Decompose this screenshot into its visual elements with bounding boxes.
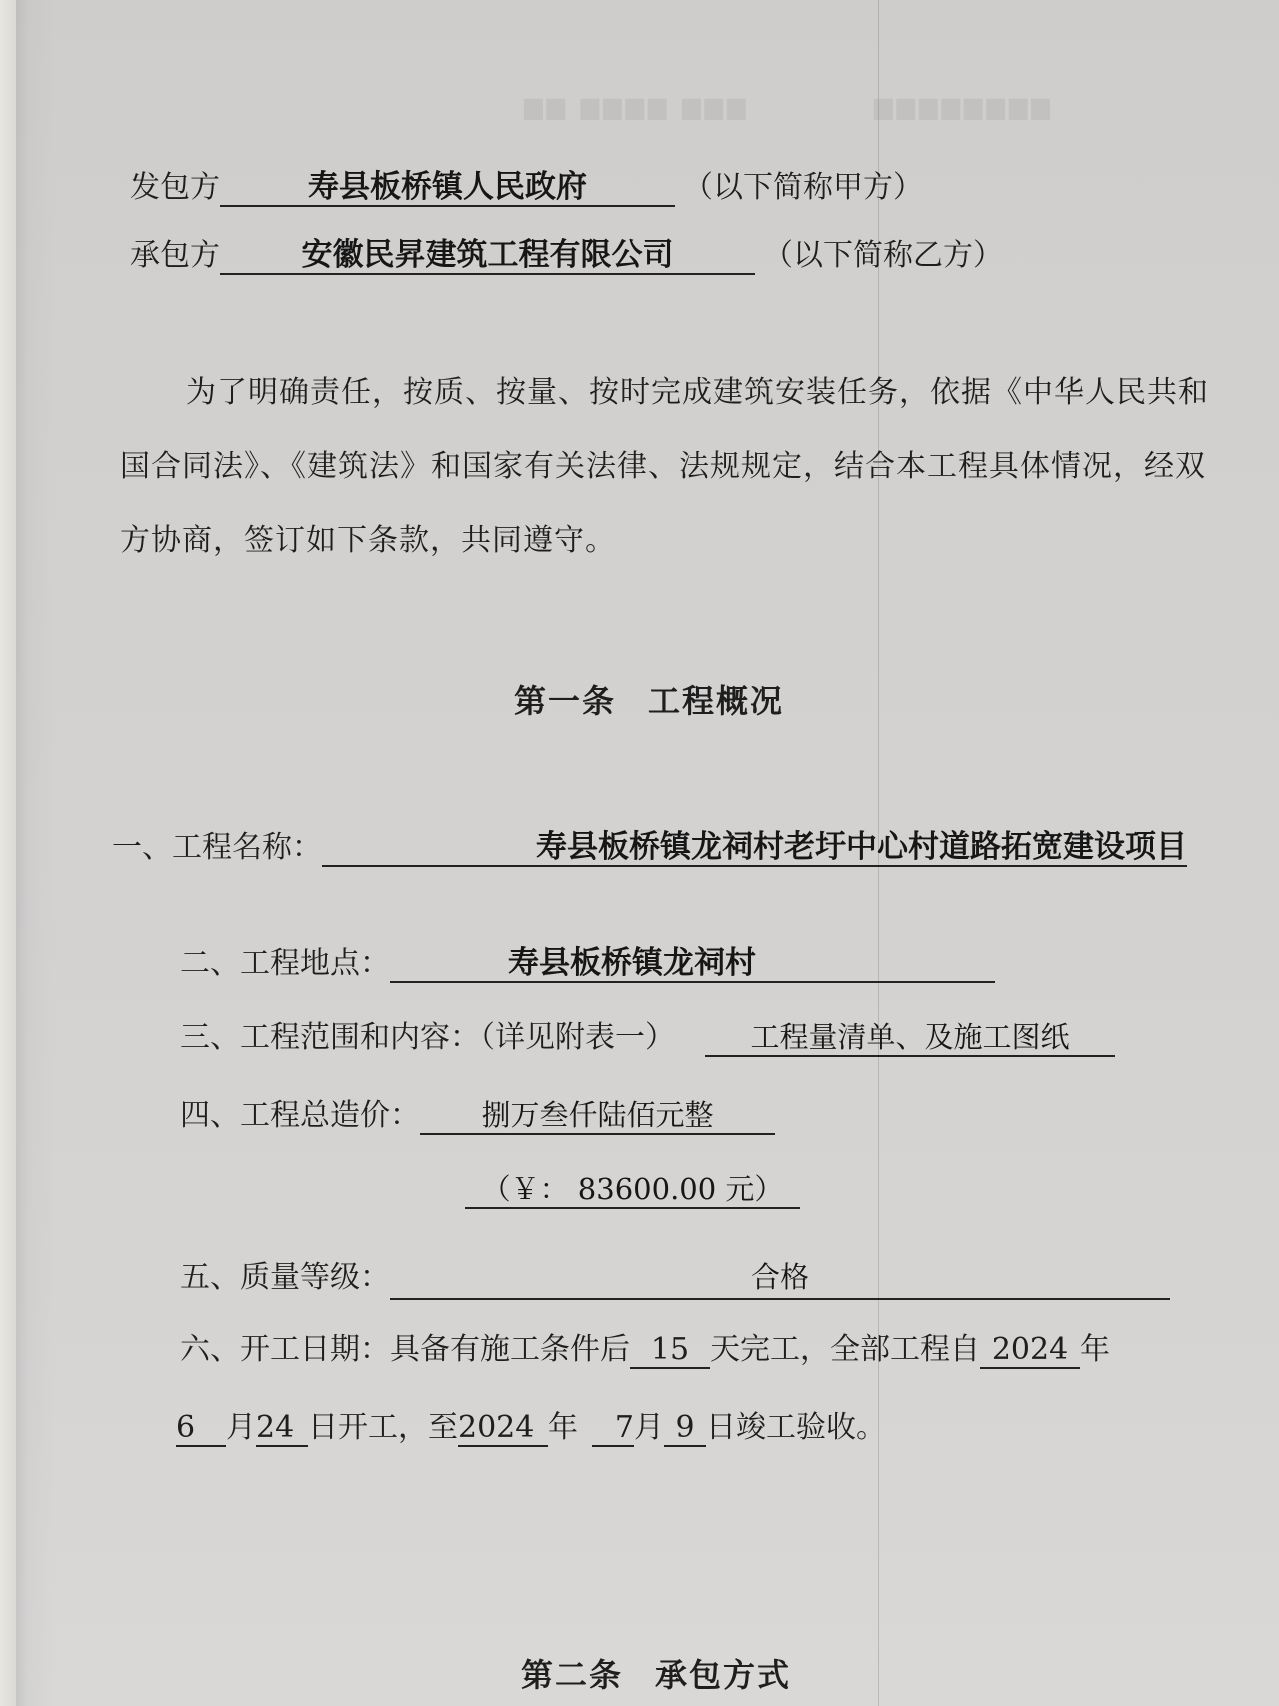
schedule-start-month: 6 [176, 1411, 226, 1447]
bleed-through-mark: ▆▆▆▆▆▆▆▆ [870, 92, 1050, 120]
schedule-year-char: 年 [1080, 1332, 1110, 1367]
article-1-title: 工程概况 [648, 682, 784, 720]
schedule-days-text: 天完工，全部工程自 [710, 1332, 980, 1367]
quality-grade-label: 五、质量等级： [180, 1260, 390, 1295]
employer-value: 寿县板桥镇人民政府 [220, 169, 675, 207]
schedule-days: 15 [630, 1333, 710, 1369]
project-name-line: 一、工程名称：寿县板桥镇龙祠村老圩中心村道路拓宽建设项目 [112, 828, 1187, 868]
quality-grade-value: 合格 [390, 1266, 1170, 1300]
schedule-line-1: 六、开工日期：具备有施工条件后15天完工，全部工程自2024年 [180, 1330, 1110, 1370]
preamble-paragraph: 为了明确责任，按质、按量、按时完成建筑安装任务，依据《中华人民共和国合同法》、《… [120, 356, 1210, 578]
article-2-number: 第二条 [521, 1656, 623, 1694]
project-location-label: 二、工程地点： [180, 946, 390, 981]
employer-label: 发包方 [130, 170, 220, 205]
contractor-value: 安徽民昇建筑工程有限公司 [220, 237, 755, 275]
schedule-end-text: 日竣工验收。 [706, 1410, 886, 1445]
contractor-line: 承包方安徽民昇建筑工程有限公司（以下简称乙方） [130, 236, 1003, 276]
schedule-end-year: 2024 [458, 1411, 548, 1447]
schedule-label: 六、开工日期：具备有施工条件后 [180, 1332, 630, 1367]
schedule-end-day: 9 [664, 1411, 706, 1447]
project-cost-line: 四、工程总造价：捌万叁仟陆佰元整 [180, 1096, 775, 1136]
page-edge [0, 0, 16, 1706]
employer-line: 发包方寿县板桥镇人民政府（以下简称甲方） [130, 168, 923, 208]
schedule-end-month-char: 月 [634, 1410, 664, 1445]
article-1-heading: 第一条工程概况 [514, 676, 784, 722]
project-cost-number-line: （￥： 83600.00 元） [465, 1170, 800, 1210]
project-scope-label: 三、工程范围和内容：（详见附表一） [180, 1020, 675, 1055]
bleed-through-mark: ▆▆▆ ▆▆▆▆ ▆▆ [520, 92, 745, 120]
project-scope-line: 三、工程范围和内容：（详见附表一）工程量清单、及施工图纸 [180, 1018, 1115, 1058]
project-cost-number: （￥： 83600.00 元） [465, 1171, 800, 1209]
project-location-value: 寿县板桥镇龙祠村 [390, 945, 995, 983]
article-2-heading: 第二条承包方式 [521, 1650, 791, 1696]
contractor-label: 承包方 [130, 238, 220, 273]
article-2-title: 承包方式 [655, 1656, 791, 1694]
schedule-line-2: 6月24日开工，至2024年7月9日竣工验收。 [176, 1408, 886, 1448]
project-cost-label: 四、工程总造价： [180, 1098, 420, 1133]
schedule-start-text: 日开工，至 [308, 1410, 458, 1445]
quality-grade-line: 五、质量等级：合格 [180, 1258, 1170, 1300]
employer-note: （以下简称甲方） [683, 170, 923, 205]
project-name-label: 一、工程名称： [112, 830, 322, 865]
project-scope-value: 工程量清单、及施工图纸 [705, 1019, 1115, 1057]
schedule-end-month: 7 [592, 1411, 634, 1447]
contractor-note: （以下简称乙方） [763, 238, 1003, 273]
project-cost-words: 捌万叁仟陆佰元整 [420, 1097, 775, 1135]
schedule-end-year-char: 年 [548, 1410, 578, 1445]
article-1-number: 第一条 [514, 682, 616, 720]
schedule-month-char: 月 [226, 1410, 256, 1445]
schedule-start-day: 24 [256, 1411, 308, 1447]
project-location-line: 二、工程地点：寿县板桥镇龙祠村 [180, 944, 995, 984]
project-name-value: 寿县板桥镇龙祠村老圩中心村道路拓宽建设项目 [322, 829, 1187, 867]
schedule-start-year: 2024 [980, 1333, 1080, 1369]
